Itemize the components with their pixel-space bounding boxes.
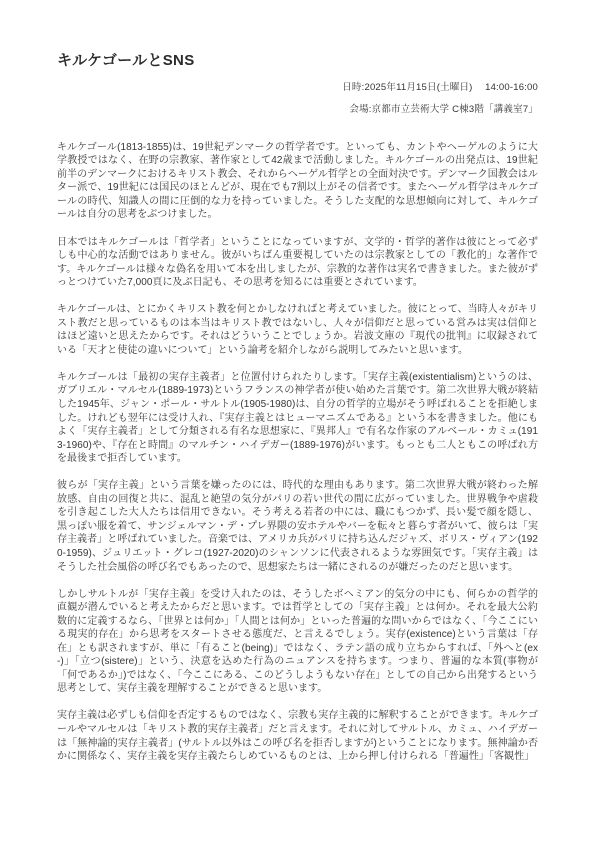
- event-venue: 会場:京都市立芸術大学 C棟3階「講義室7」: [57, 104, 538, 115]
- body-paragraph-faith: 実存主義は必ずしも信仰を否定するものではなく、宗教も実存主義的に解釈することがで…: [57, 709, 538, 763]
- body-paragraph-existentialism-origin: キルケゴールは「最初の実存主義者」と位置付けられたりします。「実存主義(exis…: [57, 371, 538, 466]
- document-page: キルケゴールとSNS 日時:2025年11月15日(土曜日) 14:00-16:…: [0, 0, 595, 841]
- body-paragraph-postwar-paris: 彼らが「実存主義」という言葉を嫌ったのには、時代的な理由もあります。第二次世界大…: [57, 479, 538, 574]
- document-title: キルケゴールとSNS: [57, 52, 538, 69]
- event-meta: 日時:2025年11月15日(土曜日) 14:00-16:00 会場:京都市立芸…: [57, 82, 538, 115]
- document-body: キルケゴール(1813-1855)は、19世紀デンマークの哲学者です。といっても…: [57, 141, 538, 764]
- body-paragraph-sartre-definition: しかしサルトルが「実存主義」を受け入れたのは、そうしたボヘミアン的気分の中にも、…: [57, 588, 538, 696]
- body-paragraph-intro: キルケゴール(1813-1855)は、19世紀デンマークの哲学者です。といっても…: [57, 141, 538, 222]
- body-paragraph-christianity: キルケゴールは、とにかくキリスト教を何とかしなければと考えていました。彼にとって…: [57, 303, 538, 357]
- body-paragraph-japan-view: 日本ではキルケゴールは「哲学者」ということになっていますが、文学的・哲学的著作は…: [57, 236, 538, 290]
- event-datetime: 日時:2025年11月15日(土曜日) 14:00-16:00: [57, 82, 538, 93]
